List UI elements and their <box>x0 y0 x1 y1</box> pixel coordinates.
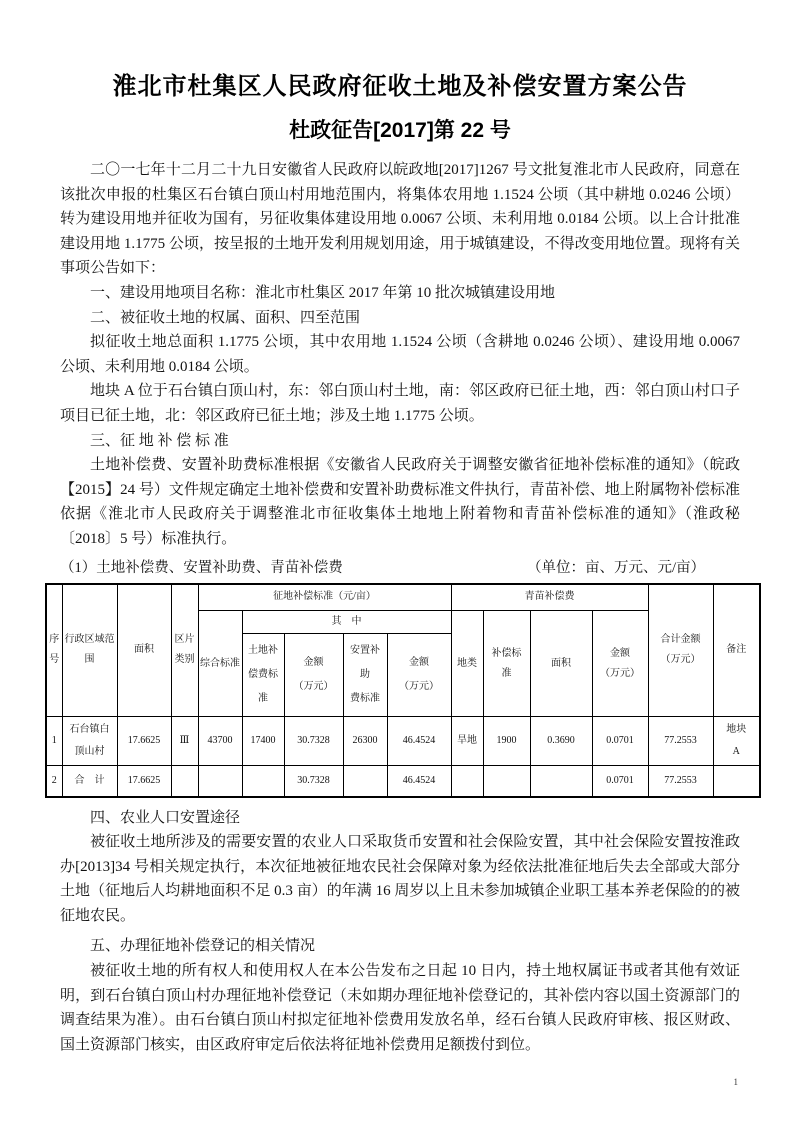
col-header-total-amount: 合计金额 （万元） <box>648 584 713 717</box>
table-caption-row: （1）土地补偿费、安置补助费、青苗补偿费 （单位：亩、万元、元/亩） <box>60 556 740 580</box>
section-1-line: 一、建设用地项目名称：淮北市杜集区 2017 年第 10 批次城镇建设用地 <box>60 281 740 306</box>
table-cell: 77.2553 <box>648 717 713 766</box>
col-group-among: 其 中 <box>242 611 451 634</box>
col-header-resettlement-amount: 金额 （万元） <box>387 634 451 717</box>
table-cell <box>451 766 483 797</box>
section-4-heading: 四、农业人口安置途径 <box>60 806 740 831</box>
col-header-seedling-amount: 金额 （万元） <box>592 611 648 717</box>
table-cell: 26300 <box>343 717 387 766</box>
section-2-heading: 二、被征收土地的权属、面积、四至范围 <box>60 306 740 331</box>
table-cell: 46.4524 <box>387 766 451 797</box>
table-cell: 1900 <box>483 717 530 766</box>
intro-paragraph: 二〇一七年十二月二十九日安徽省人民政府以皖政地[2017]1267 号文批复淮北… <box>60 158 740 281</box>
col-header-land-amount: 金额 （万元） <box>284 634 343 717</box>
compensation-table: 序 号 行政区域范 围 面积 区片 类别 征地补偿标准（元/亩） 青苗补偿费 合… <box>45 583 761 798</box>
section-5-heading: 五、办理征地补偿登记的相关情况 <box>60 934 740 959</box>
table-cell: 46.4524 <box>387 717 451 766</box>
table-cell <box>530 766 592 797</box>
section-4-paragraph-1: 被征收土地所涉及的需要安置的农业人口采取货币安置和社会保险安置，其中社会保险安置… <box>60 830 740 928</box>
table-cell <box>242 766 284 797</box>
col-header-zone: 区片 类别 <box>171 584 198 717</box>
col-group-seedling-compensation: 青苗补偿费 <box>451 584 648 611</box>
table-cell <box>198 766 242 797</box>
section-3-paragraph-1: 土地补偿费、安置补助费标准根据《安徽省人民政府关于调整安徽省征地补偿标准的通知》… <box>60 453 740 551</box>
table-cell: 30.7328 <box>284 717 343 766</box>
col-header-region: 行政区域范 围 <box>62 584 117 717</box>
document-body: 二〇一七年十二月二十九日安徽省人民政府以皖政地[2017]1267 号文批复淮北… <box>60 158 740 552</box>
table-cell <box>483 766 530 797</box>
table-cell: 合 计 <box>62 766 117 797</box>
table-cell: 1 <box>46 717 62 766</box>
col-header-comprehensive-standard: 综合标准 <box>198 611 242 717</box>
table-row-total: 2 合 计 17.6625 30.7328 46.4524 0.0701 77.… <box>46 766 760 797</box>
announcement-page: 淮北市杜集区人民政府征收土地及补偿安置方案公告 杜政征告[2017]第 22 号… <box>0 0 800 1131</box>
table-cell <box>713 766 760 797</box>
table-cell: 30.7328 <box>284 766 343 797</box>
table-caption-left: （1）土地补偿费、安置补助费、青苗补偿费 <box>60 556 343 580</box>
col-header-land-compensation-standard: 土地补 偿费标 准 <box>242 634 284 717</box>
document-title: 淮北市杜集区人民政府征收土地及补偿安置方案公告 <box>60 72 740 102</box>
section-5-paragraph-1: 被征收土地的所有权人和使用权人在本公告发布之日起 10 日内，持土地权属证书或者… <box>60 959 740 1057</box>
table-cell: 43700 <box>198 717 242 766</box>
col-header-note: 备注 <box>713 584 760 717</box>
table-cell: 17400 <box>242 717 284 766</box>
col-header-land-type: 地类 <box>451 611 483 717</box>
table-cell: 2 <box>46 766 62 797</box>
table-cell: 77.2553 <box>648 766 713 797</box>
table-cell: 0.0701 <box>592 717 648 766</box>
section-2-paragraph-2: 地块 A 位于石台镇白顶山村，东：邻白顶山村土地，南：邻区政府已征土地，西：邻白… <box>60 379 740 428</box>
table-cell <box>343 766 387 797</box>
table-row-1: 1 石台镇白 顶山村 17.6625 Ⅲ 43700 17400 30.7328… <box>46 717 760 766</box>
table-caption-unit: （单位：亩、万元、元/亩） <box>527 556 705 580</box>
table-cell <box>171 766 198 797</box>
table-cell: Ⅲ <box>171 717 198 766</box>
page-number: 1 <box>734 1077 739 1087</box>
section-3-heading: 三、征 地 补 偿 标 准 <box>60 429 740 454</box>
col-header-compensation-standard: 补偿标 准 <box>483 611 530 717</box>
table-cell: 0.3690 <box>530 717 592 766</box>
document-body-lower: 四、农业人口安置途径 被征收土地所涉及的需要安置的农业人口采取货币安置和社会保险… <box>60 806 740 1058</box>
table-cell: 石台镇白 顶山村 <box>62 717 117 766</box>
table-cell: 旱地 <box>451 717 483 766</box>
table-cell: 地块 A <box>713 717 760 766</box>
table-cell: 17.6625 <box>117 766 171 797</box>
col-header-seedling-area: 面积 <box>530 611 592 717</box>
col-header-seq: 序 号 <box>46 584 62 717</box>
table-cell: 0.0701 <box>592 766 648 797</box>
col-group-land-compensation: 征地补偿标准（元/亩） <box>198 584 451 611</box>
col-header-area: 面积 <box>117 584 171 717</box>
section-2-paragraph-1: 拟征收土地总面积 1.1775 公顷，其中农用地 1.1524 公顷（含耕地 0… <box>60 330 740 379</box>
document-number: 杜政征告[2017]第 22 号 <box>60 117 740 145</box>
col-header-resettlement-standard: 安置补 助 费标准 <box>343 634 387 717</box>
table-cell: 17.6625 <box>117 717 171 766</box>
